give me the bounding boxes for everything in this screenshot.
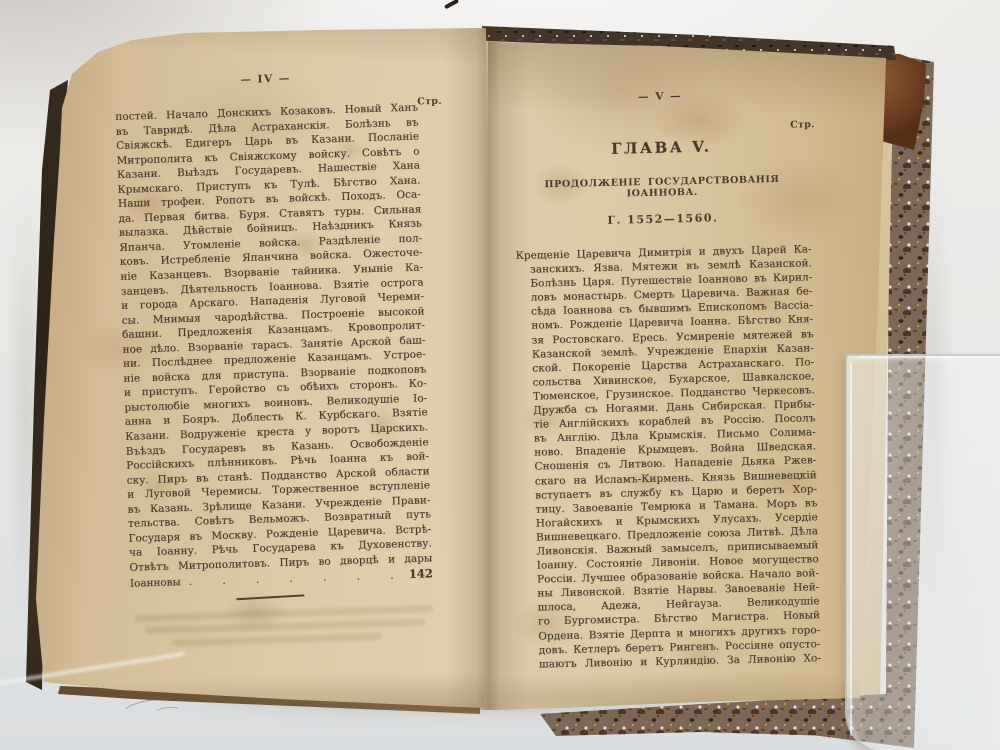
right-column-label: Стр. [790, 119, 815, 131]
chapter-subtitle: ПРОДОЛЖЕНІЕ ГОСУДАРСТВОВАНІЯ ІОАННОВА. [514, 173, 810, 202]
separator-rule [236, 594, 304, 600]
page-ref: 142 [408, 566, 432, 581]
chapter-title: ГЛАВА V. [513, 135, 809, 160]
left-page-text: постей. Начало Донскихъ Козаковъ. Новый … [115, 100, 432, 575]
left-page-content: — IV — Стр. постей. Начало Донскихъ Коза… [114, 68, 435, 647]
acrylic-sheet [845, 354, 1000, 750]
right-page-content: — V — Стр. ГЛАВА V. ПРОДОЛЖЕНІЕ ГОСУДАРС… [512, 87, 821, 671]
book-photo: — IV — Стр. постей. Начало Донскихъ Коза… [0, 0, 1000, 750]
left-column-label: Стр. [417, 96, 442, 108]
toc-entry-text: Іоанновы [130, 575, 181, 591]
chapter-years: Г. 1552—1560. [515, 209, 811, 229]
right-page-text: Крещеніе Царевича Димитрія и двухъ Царей… [516, 242, 822, 671]
show-through-text [145, 619, 425, 635]
background-speck [444, 0, 459, 9]
